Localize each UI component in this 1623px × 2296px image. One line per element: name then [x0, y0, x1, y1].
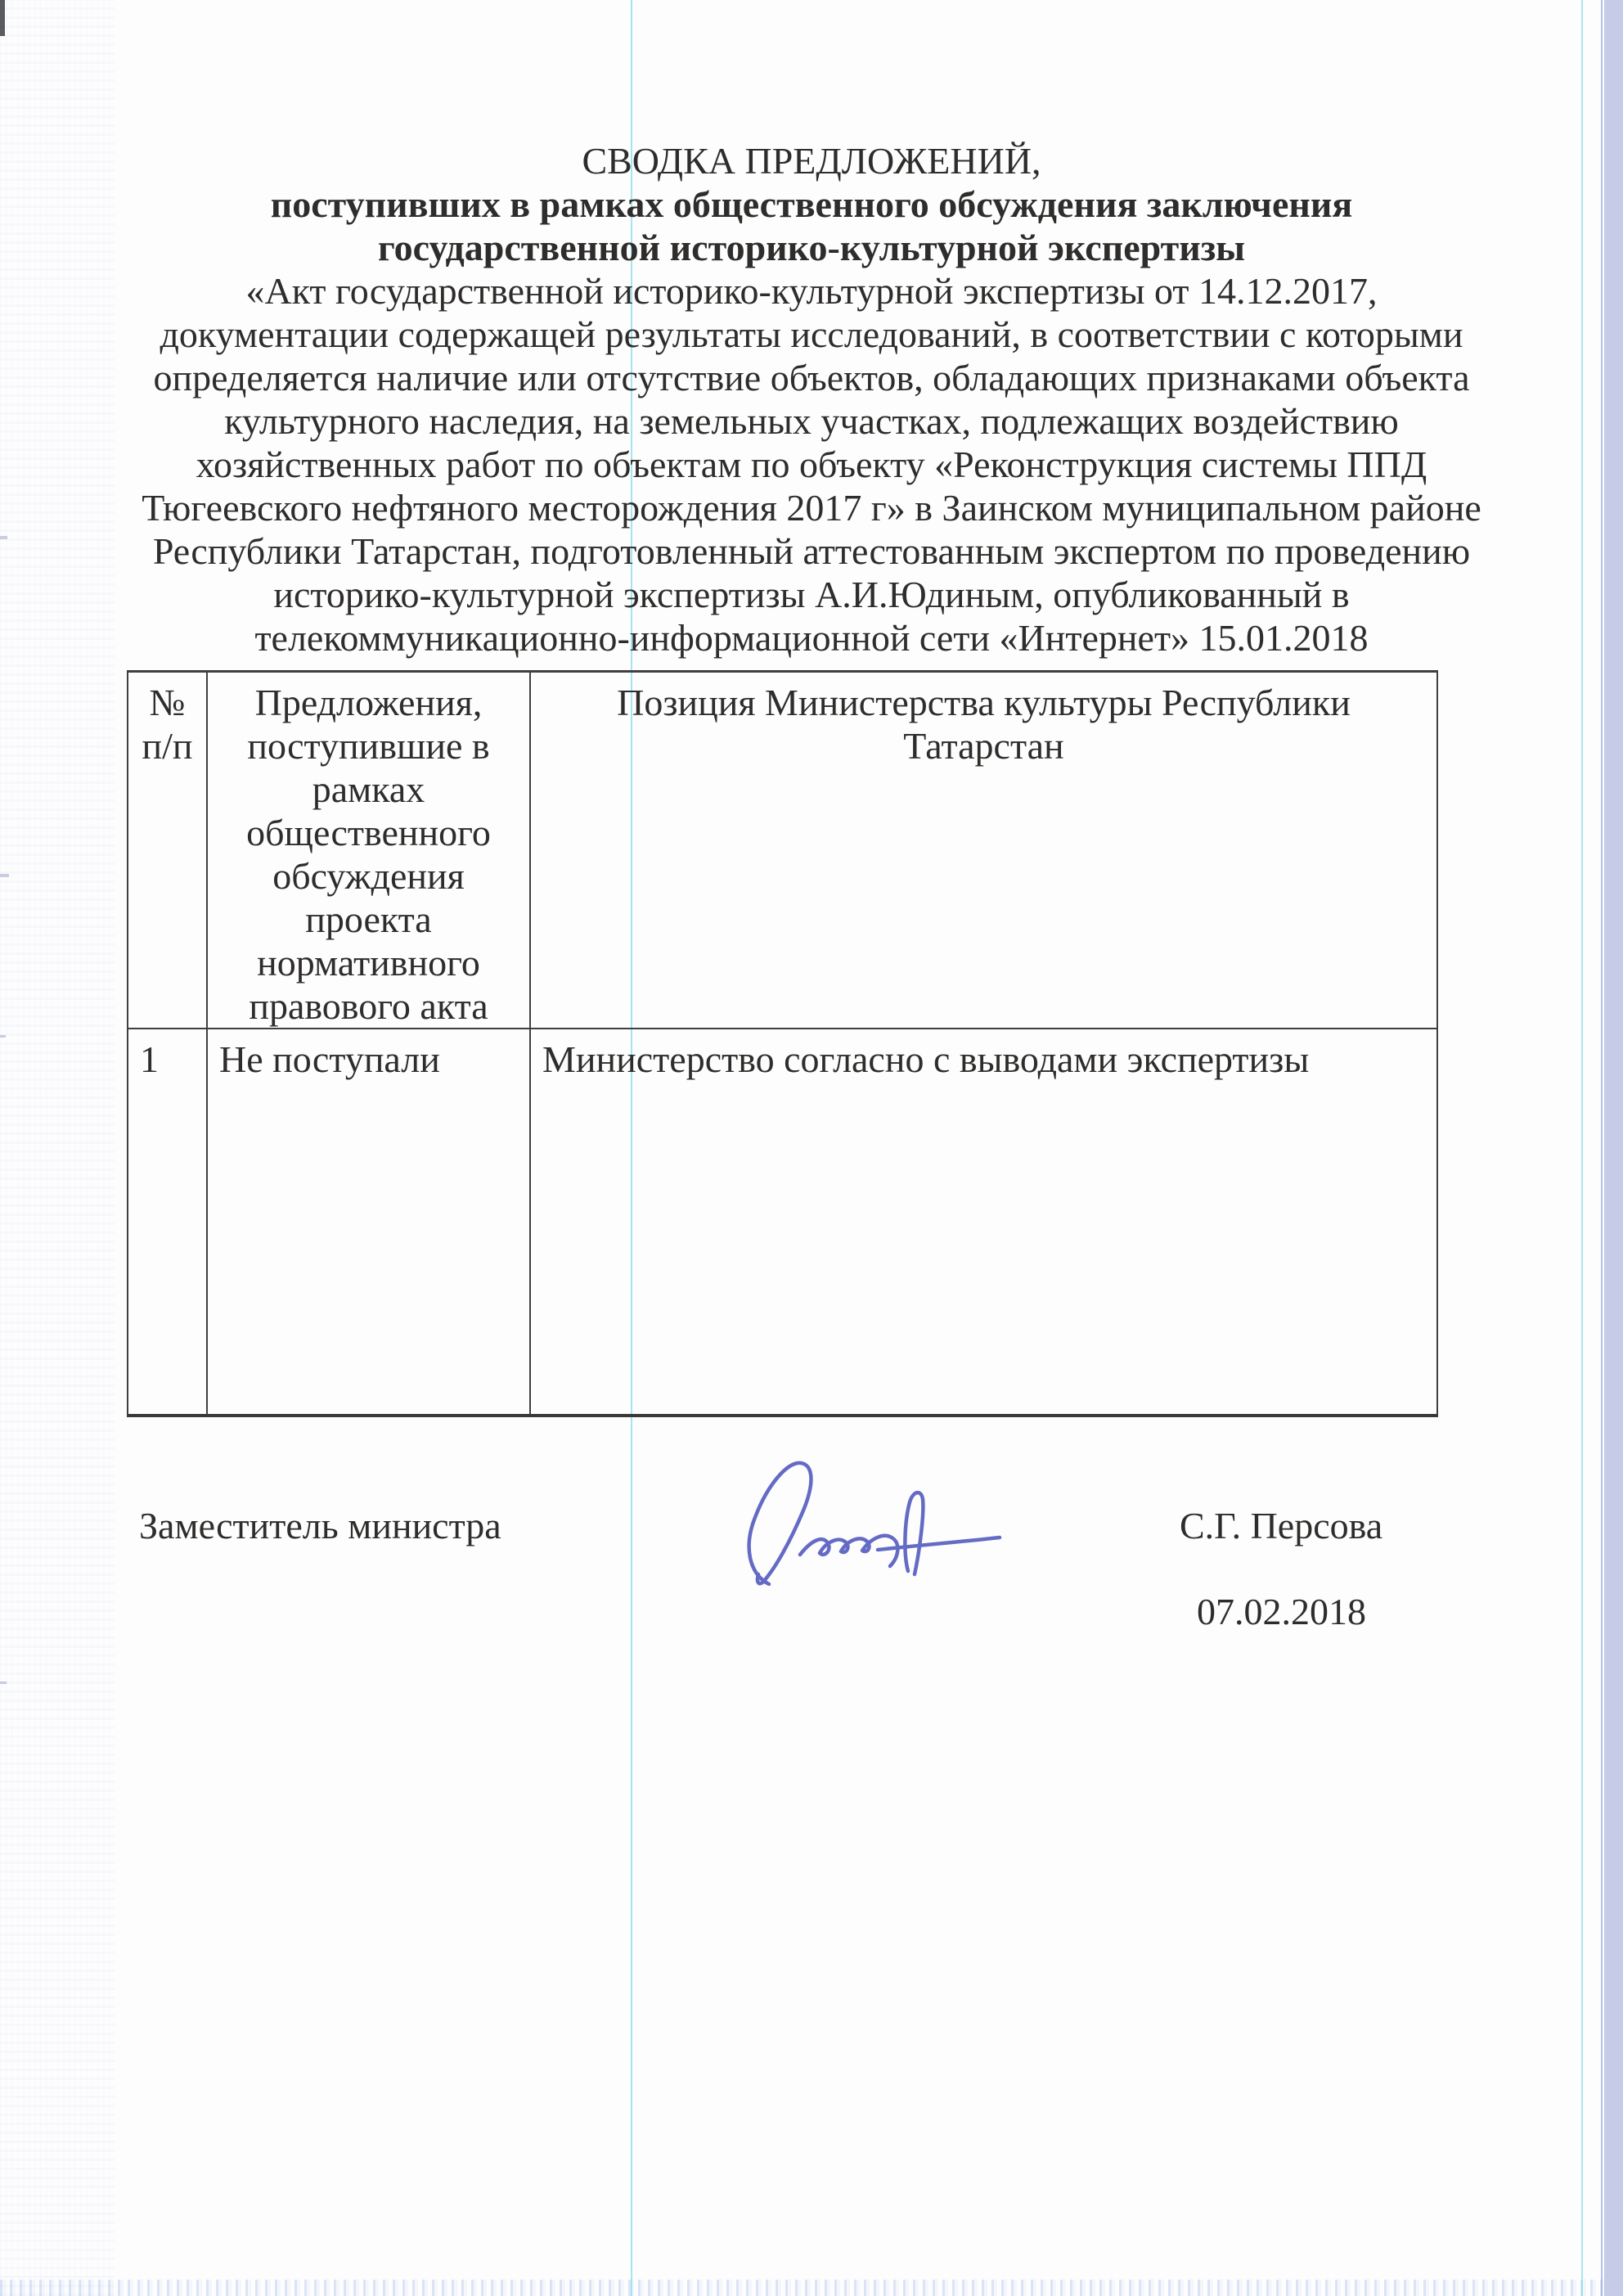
signatory-name: С.Г. Персова [1180, 1504, 1382, 1547]
row-cell-proposals: Не поступали [207, 1029, 530, 1416]
header-number-line1: № [140, 681, 195, 724]
scan-artifact-top-left-strip [0, 0, 5, 36]
table-row: 1 Не поступали Министерство согласно с в… [128, 1029, 1437, 1416]
proposals-table: № п/п Предложения, поступившие в рамках … [127, 670, 1438, 1417]
scanned-document-page: СВОДКА ПРЕДЛОЖЕНИЙ, поступивших в рамках… [0, 0, 1623, 2296]
scan-speck [0, 1035, 6, 1038]
intro-line: культурного наследия, на земельных участ… [0, 399, 1623, 443]
row-cell-ministry-position: Министерство согласно с выводами эксперт… [530, 1029, 1437, 1416]
intro-line: Республики Татарстан, подготовленный атт… [0, 529, 1623, 573]
table-header-row: № п/п Предложения, поступившие в рамках … [128, 672, 1437, 1029]
intro-line: определяется наличие или отсутствие объе… [0, 356, 1623, 399]
scan-speck [0, 1681, 7, 1684]
document-title-line-2: поступивших в рамках общественного обсуж… [0, 182, 1623, 226]
intro-line: «Акт государственной историко-культурной… [0, 269, 1623, 313]
header-cell-number: № п/п [128, 672, 207, 1029]
document-heading-block: СВОДКА ПРЕДЛОЖЕНИЙ, поступивших в рамках… [0, 139, 1623, 660]
intro-line: документации содержащей результаты иссле… [0, 313, 1623, 356]
header-cell-proposals: Предложения, поступившие в рамках общест… [207, 672, 530, 1029]
handwritten-signature-icon [718, 1455, 1005, 1586]
scan-speck [0, 874, 9, 877]
intro-line: Тюгеевского нефтяного месторождения 2017… [0, 486, 1623, 529]
row-cell-number: 1 [128, 1029, 207, 1416]
document-title-line-3: государственной историко-культурной эксп… [0, 226, 1623, 269]
signatory-position-label: Заместитель министра [139, 1504, 501, 1547]
scan-noise-bottom-edge [0, 2280, 1623, 2296]
intro-line: хозяйственных работ по объектам по объек… [0, 443, 1623, 486]
signature-date: 07.02.2018 [1197, 1590, 1366, 1633]
document-title-line-1: СВОДКА ПРЕДЛОЖЕНИЙ, [0, 139, 1623, 182]
intro-line: телекоммуникационно-информационной сети … [0, 616, 1623, 660]
header-number-line2: п/п [140, 724, 195, 768]
intro-line: историко-культурной экспертизы А.И.Юдины… [0, 573, 1623, 616]
header-cell-ministry-position: Позиция Министерства культуры Республики… [530, 672, 1437, 1029]
